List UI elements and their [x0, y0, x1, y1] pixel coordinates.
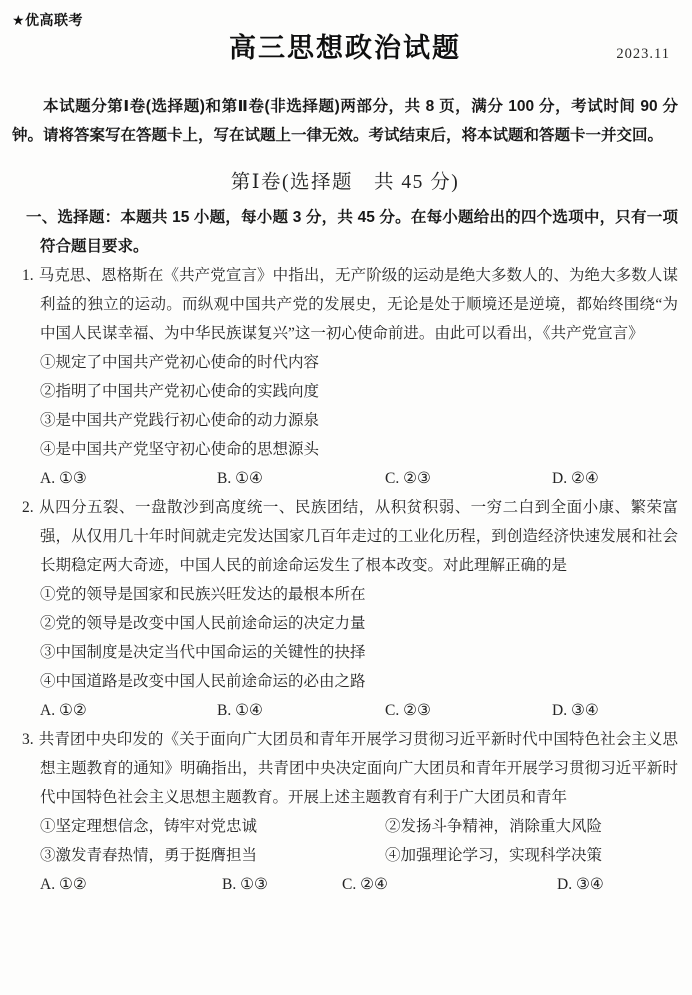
question-2-choice-a: A. ①② [40, 696, 217, 725]
paper-date: 2023.11 [616, 46, 670, 63]
question-1-number: 1. [22, 267, 34, 284]
question-2-item-2: ②党的领导是改变中国人民前途命运的决定力量 [12, 609, 678, 638]
question-2-item-4: ④中国道路是改变中国人民前途命运的必由之路 [12, 667, 678, 696]
question-1-text: 马克思、恩格斯在《共产党宣言》中指出，无产阶级的运动是绝大多数人的、为绝大多数人… [39, 267, 678, 342]
exam-paper-page: ★优高联考 高三思想政治试题 2023.11 本试题分第Ⅰ卷(选择题)和第Ⅱ卷(… [0, 0, 692, 995]
question-2-item-1: ①党的领导是国家和民族兴旺发达的最根本所在 [12, 580, 678, 609]
question-1-item-2: ②指明了中国共产党初心使命的实践向度 [12, 377, 678, 406]
question-2-choices: A. ①② B. ①④ C. ②③ D. ③④ [12, 696, 678, 725]
question-3-choice-d: D. ③④ [557, 870, 678, 899]
question-3: 3.共青团中央印发的《关于面向广大团员和青年开展学习贯彻习近平新时代中国特色社会… [12, 725, 678, 899]
paper-title: 高三思想政治试题 [12, 8, 678, 65]
question-1-item-3: ③是中国共产党践行初心使命的动力源泉 [12, 406, 678, 435]
question-3-choices: A. ①② B. ①③ C. ②④ D. ③④ [12, 870, 678, 899]
section-1-heading: 第Ⅰ卷(选择题 共 45 分) [12, 166, 678, 194]
question-3-number: 3. [22, 731, 34, 748]
question-3-item-4: ④加强理论学习，实现科学决策 [385, 841, 678, 870]
question-2-item-3: ③中国制度是决定当代中国命运的关键性的抉择 [12, 638, 678, 667]
question-3-item-1: ①坚定理想信念，铸牢对党忠诚 [40, 812, 385, 841]
question-3-item-3: ③激发青春热情，勇于挺膺担当 [40, 841, 385, 870]
question-3-choice-c: C. ②④ [342, 870, 557, 899]
question-2: 2.从四分五裂、一盘散沙到高度统一、民族团结，从积贫积弱、一穷二白到全面小康、繁… [12, 493, 678, 725]
question-3-items: ①坚定理想信念，铸牢对党忠诚 ②发扬斗争精神，消除重大风险 ③激发青春热情，勇于… [12, 812, 678, 870]
question-2-choice-c: C. ②③ [385, 696, 552, 725]
question-2-stem: 2.从四分五裂、一盘散沙到高度统一、民族团结，从积贫积弱、一穷二白到全面小康、繁… [12, 493, 678, 580]
question-2-items: ①党的领导是国家和民族兴旺发达的最根本所在 ②党的领导是改变中国人民前途命运的决… [12, 580, 678, 696]
question-1-choice-c: C. ②③ [385, 464, 552, 493]
multiple-choice-instruction: 一、选择题：本题共 15 小题，每小题 3 分，共 45 分。在每小题给出的四个… [12, 203, 678, 261]
question-1-choice-d: D. ②④ [552, 464, 678, 493]
question-2-text: 从四分五裂、一盘散沙到高度统一、民族团结，从积贫积弱、一穷二白到全面小康、繁荣富… [39, 499, 678, 574]
question-1-choices: A. ①③ B. ①④ C. ②③ D. ②④ [12, 464, 678, 493]
exam-intro-paragraph: 本试题分第Ⅰ卷(选择题)和第Ⅱ卷(非选择题)两部分，共 8 页，满分 100 分… [12, 92, 678, 150]
question-2-choice-d: D. ③④ [552, 696, 678, 725]
question-1: 1.马克思、恩格斯在《共产党宣言》中指出，无产阶级的运动是绝大多数人的、为绝大多… [12, 261, 678, 493]
question-1-choice-a: A. ①③ [40, 464, 217, 493]
question-3-item-2: ②发扬斗争精神，消除重大风险 [385, 812, 678, 841]
question-2-number: 2. [22, 499, 34, 516]
question-1-item-4: ④是中国共产党坚守初心使命的思想源头 [12, 435, 678, 464]
paper-header: ★优高联考 高三思想政治试题 2023.11 [12, 8, 678, 68]
question-3-stem: 3.共青团中央印发的《关于面向广大团员和青年开展学习贯彻习近平新时代中国特色社会… [12, 725, 678, 812]
question-3-choice-a: A. ①② [40, 870, 222, 899]
question-1-item-1: ①规定了中国共产党初心使命的时代内容 [12, 348, 678, 377]
question-2-choice-b: B. ①④ [217, 696, 385, 725]
brand-watermark: ★优高联考 [12, 10, 83, 30]
question-3-text: 共青团中央印发的《关于面向广大团员和青年开展学习贯彻习近平新时代中国特色社会主义… [39, 731, 678, 806]
question-1-items: ①规定了中国共产党初心使命的时代内容 ②指明了中国共产党初心使命的实践向度 ③是… [12, 348, 678, 464]
question-3-choice-b: B. ①③ [222, 870, 342, 899]
question-1-choice-b: B. ①④ [217, 464, 385, 493]
question-1-stem: 1.马克思、恩格斯在《共产党宣言》中指出，无产阶级的运动是绝大多数人的、为绝大多… [12, 261, 678, 348]
